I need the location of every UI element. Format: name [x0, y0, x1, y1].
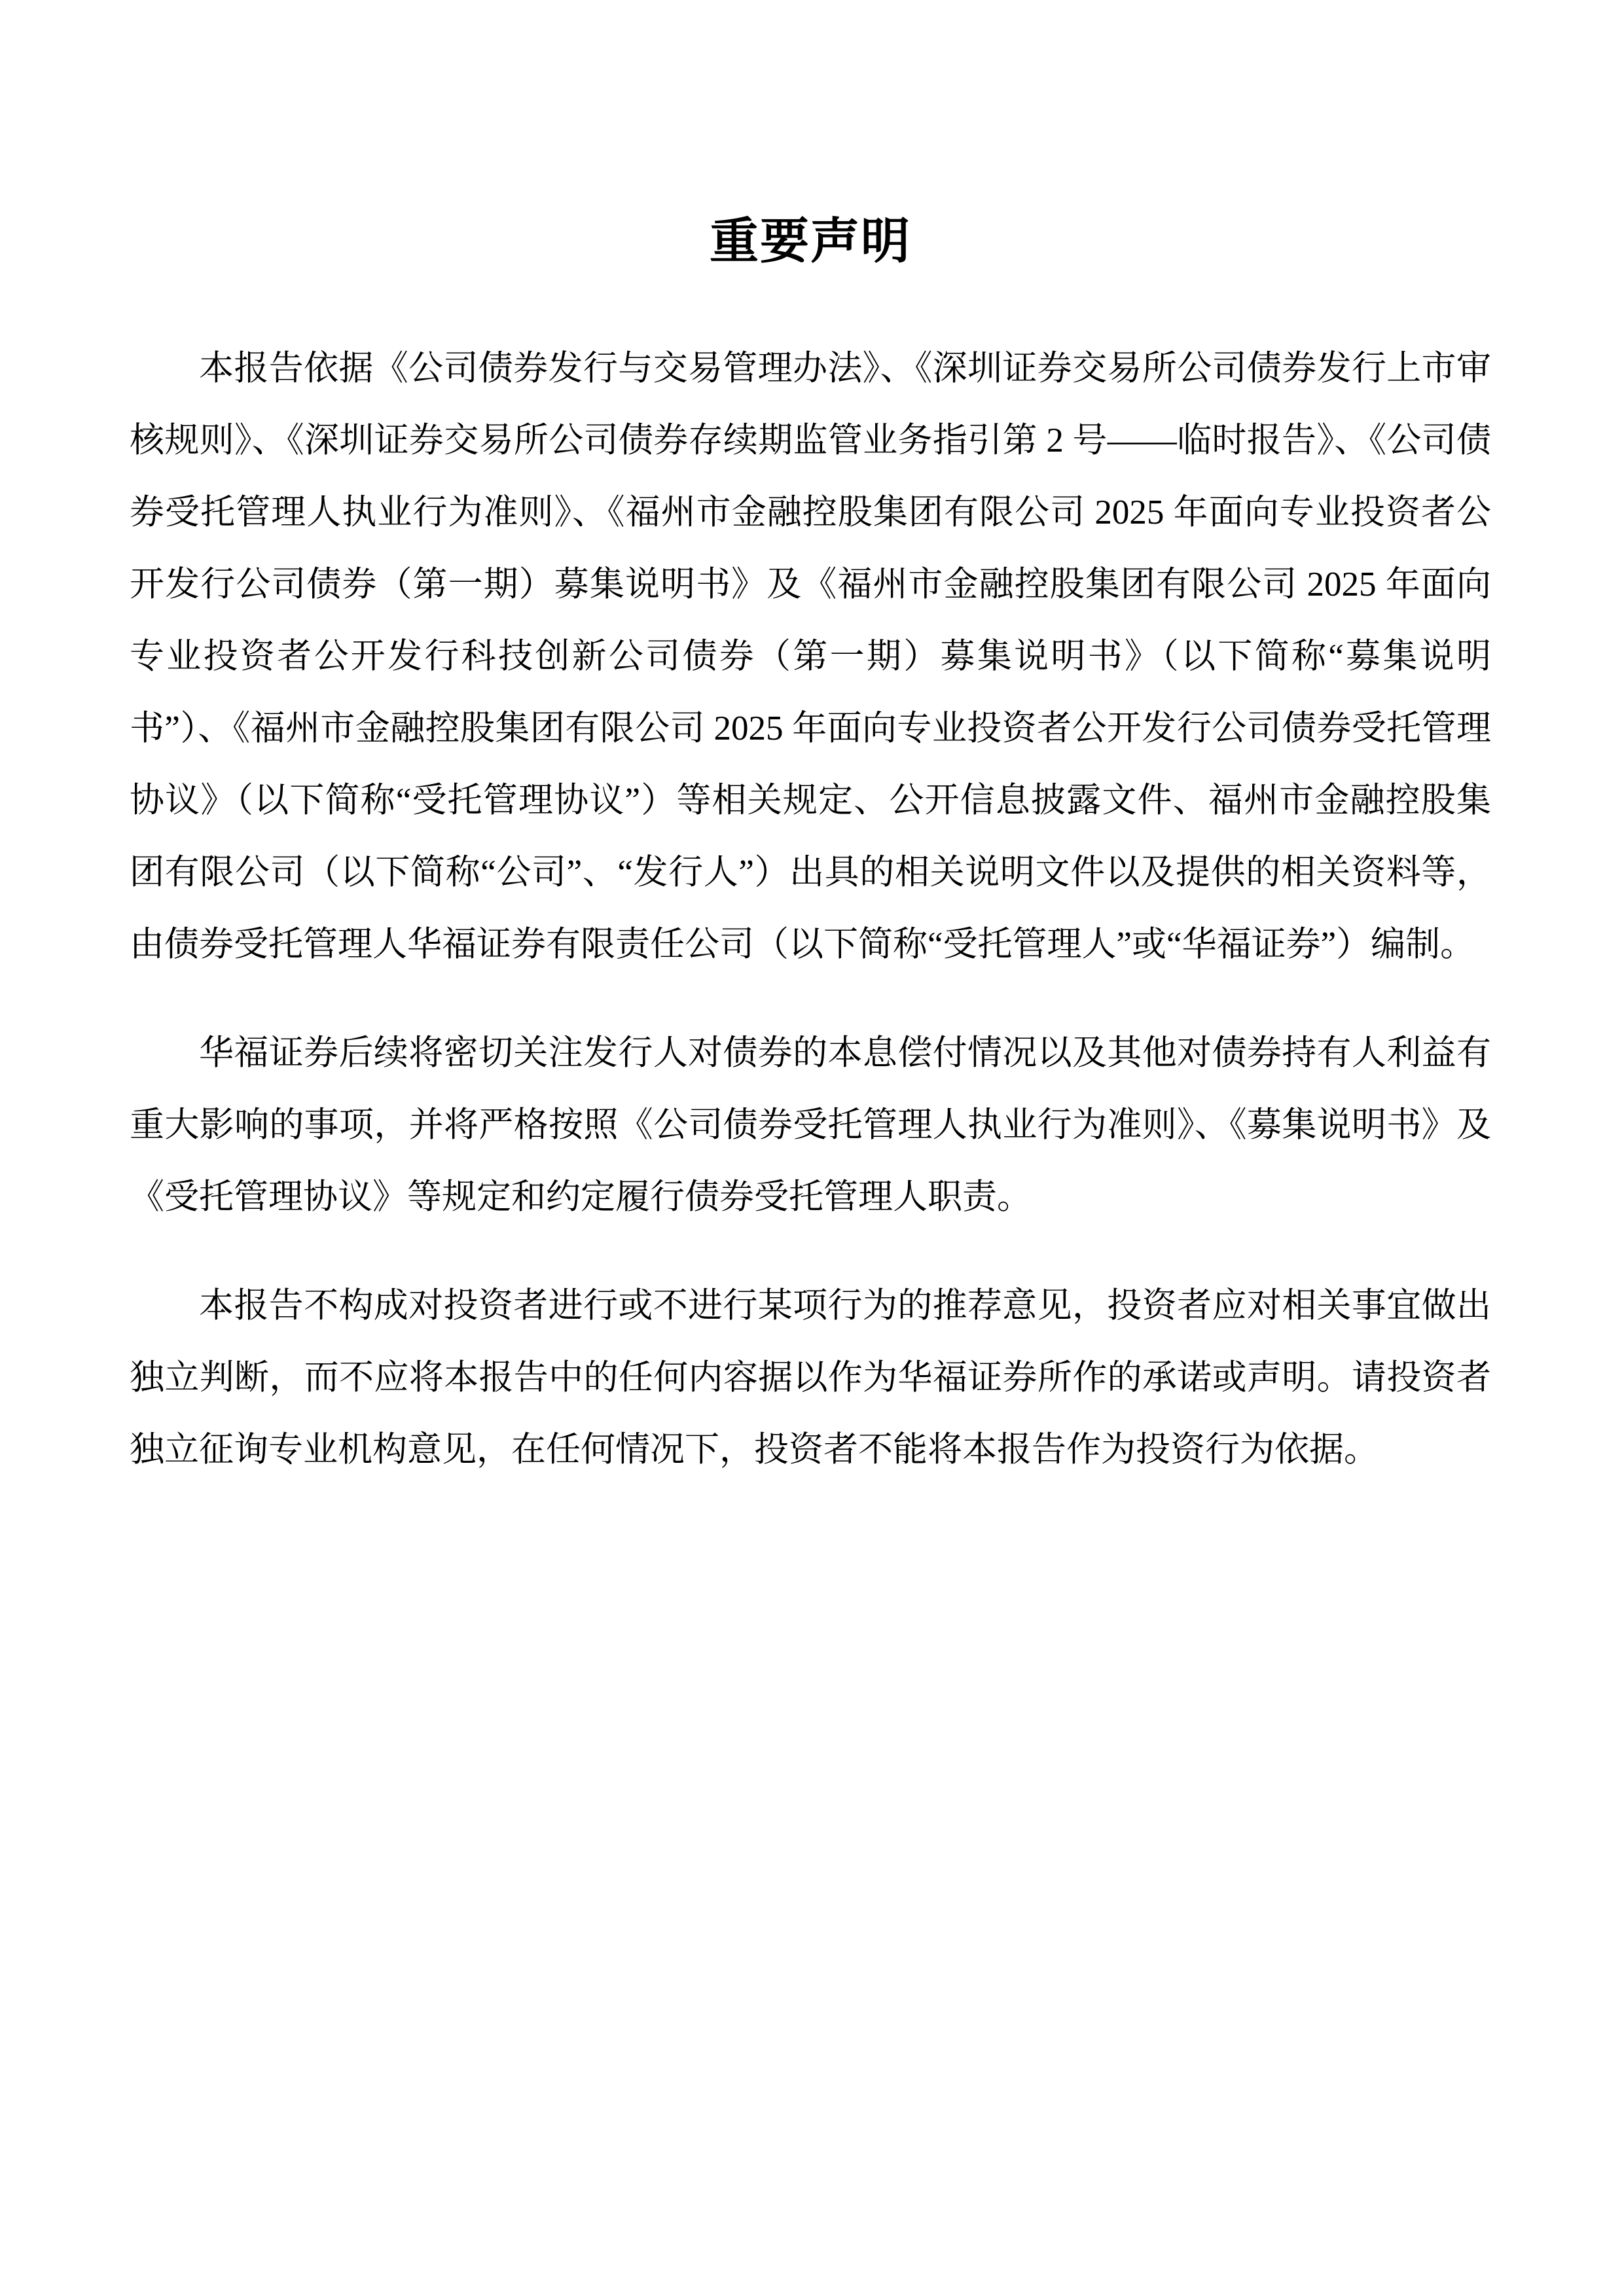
page-title: 重要声明 — [130, 213, 1491, 271]
paragraph-basis: 本报告依据《公司债券发行与交易管理办法》、《深圳证券交易所公司债券发行上市审核规… — [130, 332, 1491, 980]
statement-body: 本报告依据《公司债券发行与交易管理办法》、《深圳证券交易所公司债券发行上市审核规… — [130, 332, 1491, 1486]
document-page: 重要声明 本报告依据《公司债券发行与交易管理办法》、《深圳证券交易所公司债券发行… — [0, 0, 1624, 2296]
paragraph-disclaimer: 本报告不构成对投资者进行或不进行某项行为的推荐意见，投资者应对相关事宜做出独立判… — [130, 1270, 1491, 1486]
paragraph-trustee-duty: 华福证券后续将密切关注发行人对债券的本息偿付情况以及其他对债券持有人利益有重大影… — [130, 1017, 1491, 1233]
